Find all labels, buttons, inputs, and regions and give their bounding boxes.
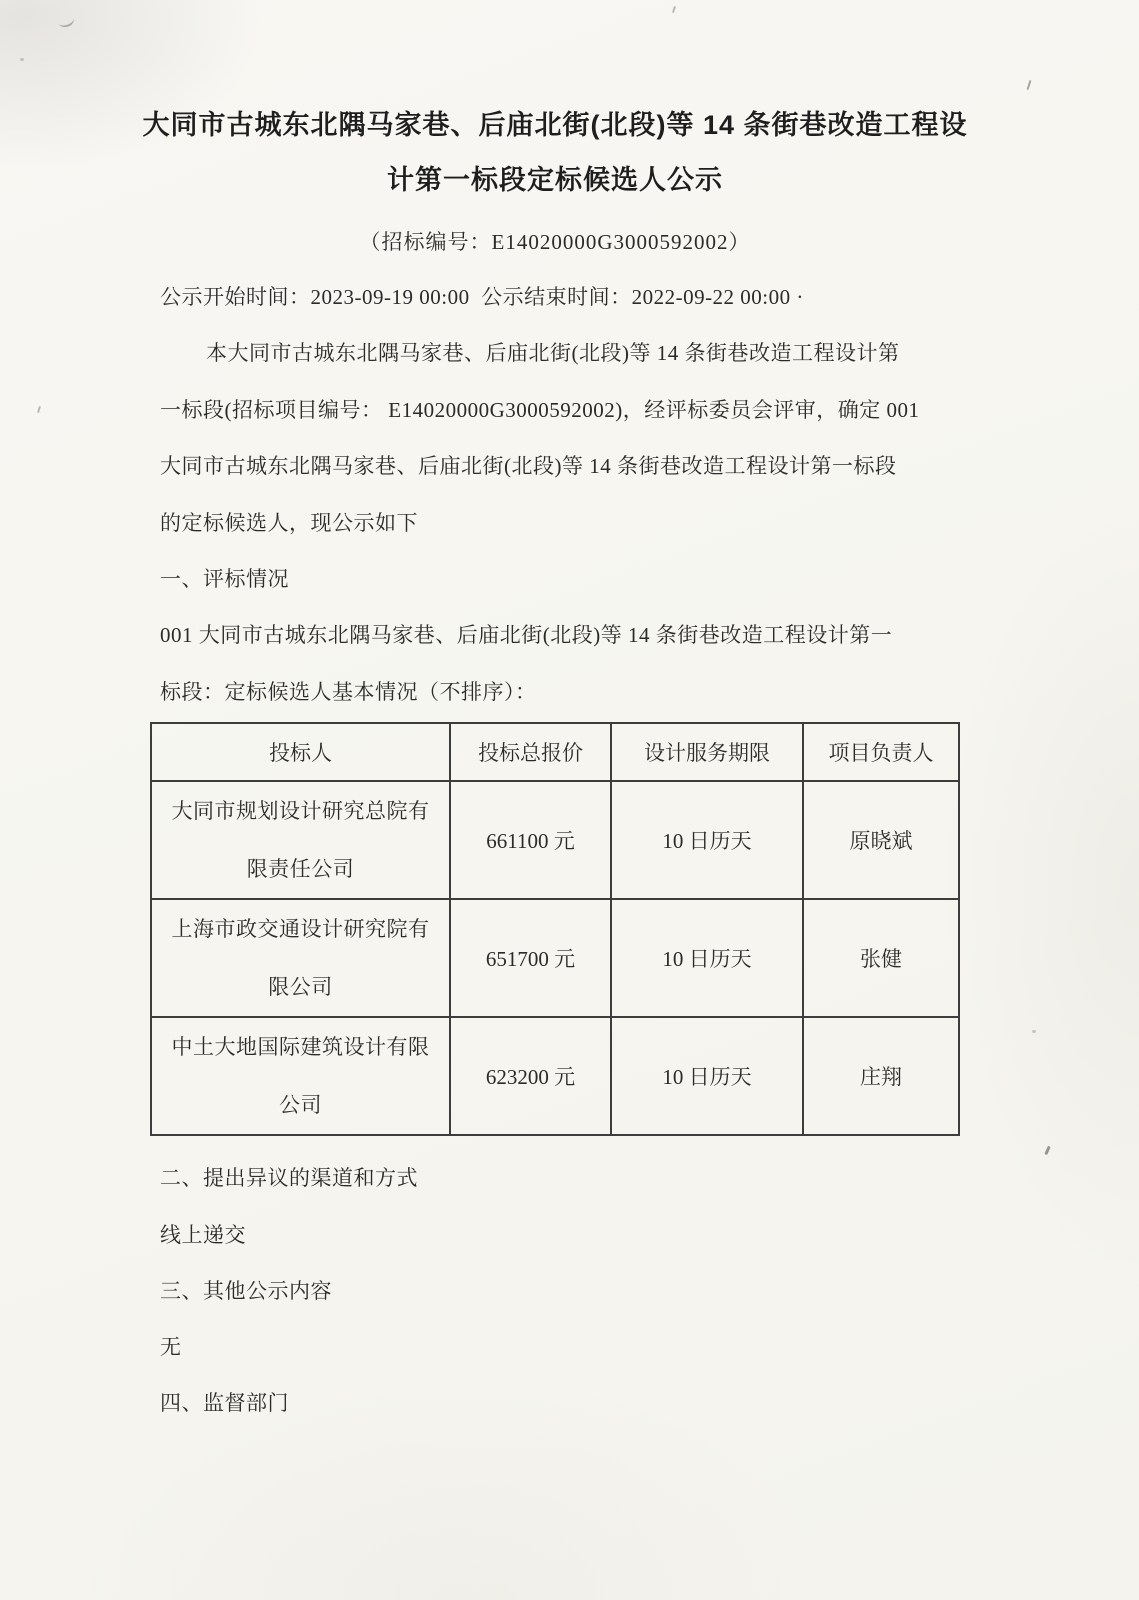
lot-description-line: 标段：定标候选人基本情况（不排序）： xyxy=(160,677,950,707)
column-header-period: 设计服务期限 xyxy=(611,723,803,781)
table-row: 大同市规划设计研究总院有限责任公司 661100 元 10 日历天 原晓斌 xyxy=(151,781,959,899)
scan-artifact xyxy=(20,58,24,61)
cell-period: 10 日历天 xyxy=(611,1017,803,1135)
section-3-heading: 三、其他公示内容 xyxy=(160,1276,950,1306)
column-header-manager: 项目负责人 xyxy=(803,723,959,781)
scan-artifact xyxy=(56,12,75,29)
page-title-line-2: 计第一标段定标候选人公示 xyxy=(120,162,990,198)
cell-price: 661100 元 xyxy=(450,781,611,899)
section-4-heading: 四、监督部门 xyxy=(160,1388,950,1418)
scan-artifact xyxy=(1032,1030,1036,1033)
body-line: 本大同市古城东北隅马家巷、后庙北街(北段)等 14 条街巷改造工程设计第 xyxy=(160,338,996,368)
cell-price: 651700 元 xyxy=(450,899,611,1017)
cell-bidder: 中土大地国际建筑设计有限公司 xyxy=(151,1017,450,1135)
lot-description-line: 001 大同市古城东北隅马家巷、后庙北街(北段)等 14 条街巷改造工程设计第一 xyxy=(160,620,950,650)
cell-price: 623200 元 xyxy=(450,1017,611,1135)
scanned-document-page: 大同市古城东北隅马家巷、后庙北街(北段)等 14 条街巷改造工程设 计第一标段定… xyxy=(0,0,1139,1600)
tender-number: （招标编号：E14020000G3000592002） xyxy=(120,226,990,256)
cell-period: 10 日历天 xyxy=(611,781,803,899)
section-3-content: 无 xyxy=(160,1332,950,1362)
bid-candidates-table: 投标人 投标总报价 设计服务期限 项目负责人 大同市规划设计研究总院有限责任公司… xyxy=(150,722,960,1136)
table-row: 上海市政交通设计研究院有限公司 651700 元 10 日历天 张健 xyxy=(151,899,959,1017)
section-2-content: 线上递交 xyxy=(160,1220,950,1250)
cell-manager: 原晓斌 xyxy=(803,781,959,899)
cell-bidder: 上海市政交通设计研究院有限公司 xyxy=(151,899,450,1017)
publicity-period: 公示开始时间：2023-09-19 00:00 公示结束时间：2022-09-2… xyxy=(160,282,950,312)
cell-manager: 张健 xyxy=(803,899,959,1017)
body-line: 的定标候选人，现公示如下 xyxy=(160,508,950,538)
column-header-price: 投标总报价 xyxy=(450,723,611,781)
body-line: 大同市古城东北隅马家巷、后庙北街(北段)等 14 条街巷改造工程设计第一标段 xyxy=(160,451,950,481)
table-header-row: 投标人 投标总报价 设计服务期限 项目负责人 xyxy=(151,723,959,781)
cell-manager: 庄翔 xyxy=(803,1017,959,1135)
table-row: 中土大地国际建筑设计有限公司 623200 元 10 日历天 庄翔 xyxy=(151,1017,959,1135)
section-1-heading: 一、评标情况 xyxy=(160,564,950,594)
cell-period: 10 日历天 xyxy=(611,899,803,1017)
body-line: 一标段(招标项目编号： E14020000G3000592002)，经评标委员会… xyxy=(160,395,950,425)
column-header-bidder: 投标人 xyxy=(151,723,450,781)
scan-artifact xyxy=(1044,1146,1050,1155)
section-2-heading: 二、提出异议的渠道和方式 xyxy=(160,1163,950,1193)
scan-artifact xyxy=(1027,80,1032,90)
scan-artifact xyxy=(37,406,41,413)
scan-artifact xyxy=(672,6,676,13)
page-title-line-1: 大同市古城东北隅马家巷、后庙北街(北段)等 14 条街巷改造工程设 xyxy=(120,107,990,143)
cell-bidder: 大同市规划设计研究总院有限责任公司 xyxy=(151,781,450,899)
